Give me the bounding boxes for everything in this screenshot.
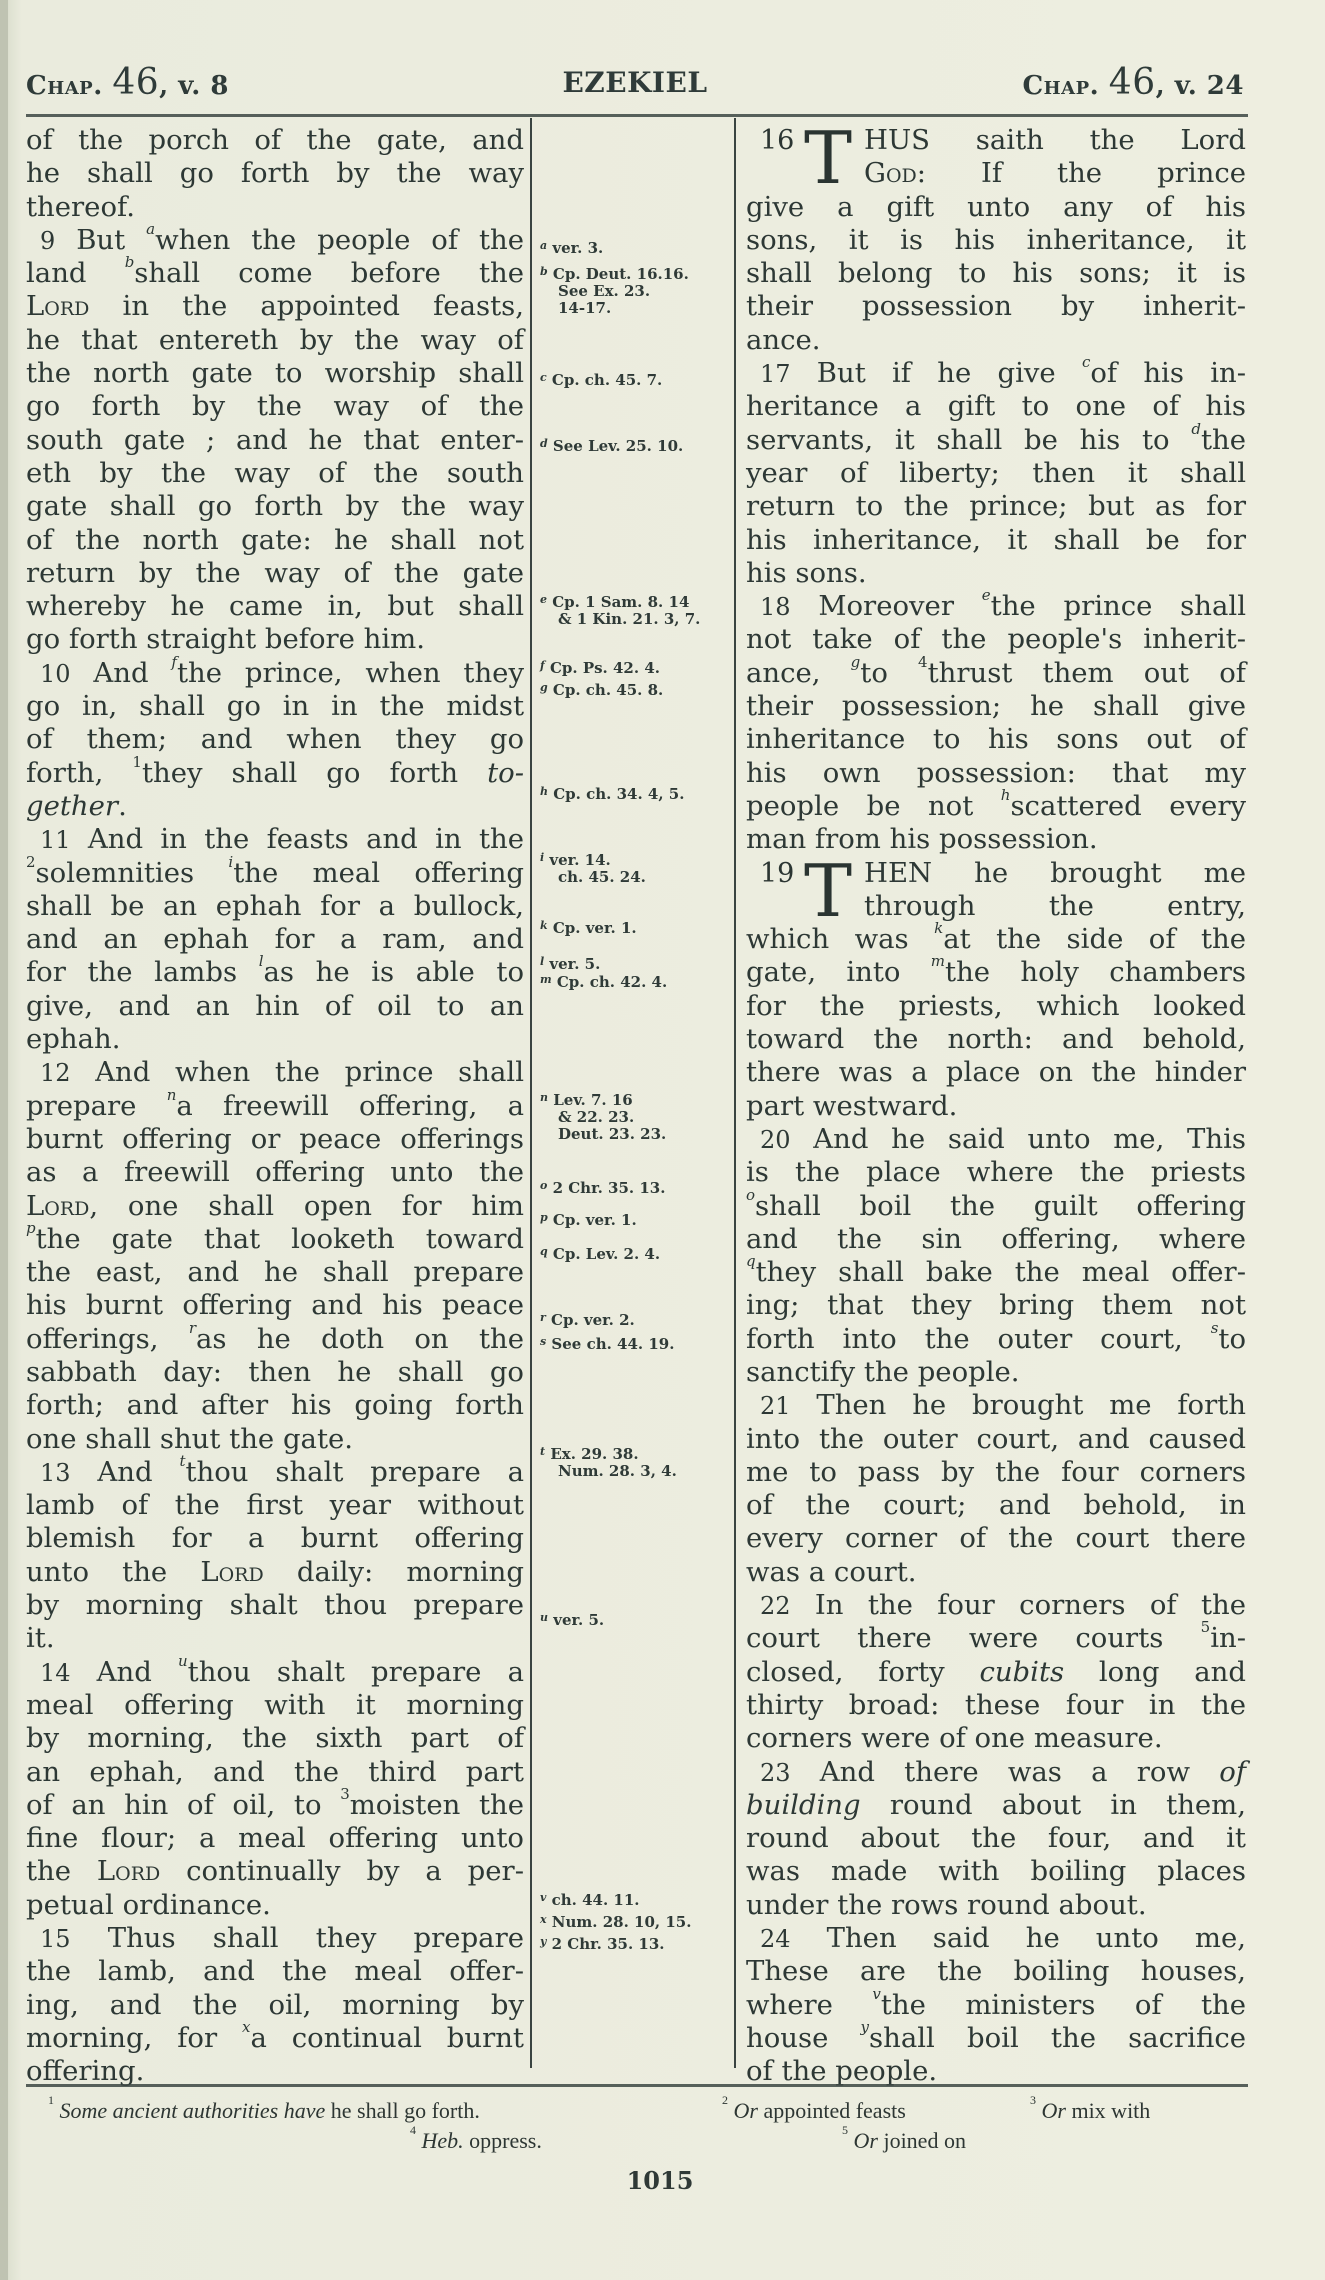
text-line: part westward.	[746, 1090, 1246, 1123]
cross-ref-letter: b	[540, 265, 548, 278]
cross-reference: q Cp. Lev. 2. 4.	[540, 1246, 660, 1263]
cross-reference: d See Lev. 25. 10.	[540, 438, 683, 455]
footnote-marker: 5	[1201, 1618, 1211, 1636]
text-line: 2solemnities ithe meal offering	[26, 857, 524, 890]
cross-reference: r Cp. ver. 2.	[540, 1312, 635, 1329]
footnote-number: 5	[842, 2123, 848, 2137]
text-line: go in, shall go in in the midst	[26, 690, 524, 723]
text-line: servants, it shall be his to dthe	[746, 424, 1246, 457]
cross-ref-letter: q	[540, 1245, 548, 1258]
verse-number: 20	[760, 1126, 791, 1154]
text-line: his own possession: that my	[746, 757, 1246, 790]
text-line: court there were courts 5in-	[746, 1622, 1246, 1655]
chapter-number: 46	[112, 62, 159, 103]
cross-ref-letter: x	[540, 1913, 547, 1926]
binding-edge	[0, 0, 8, 2280]
text-line: building round about in them,	[746, 1789, 1246, 1822]
text-line: his sons.	[746, 557, 1246, 590]
cross-ref-letter: c	[540, 371, 547, 384]
cross-ref-letter: a	[540, 239, 547, 252]
text-line: he that entereth by the way of	[26, 324, 524, 357]
footnote-number: 4	[410, 2123, 416, 2137]
verse-label: , v. 8	[159, 71, 229, 101]
verse-number: 10	[40, 660, 71, 688]
text-line: his burnt offering and his peace	[26, 1289, 524, 1322]
cross-ref-letter: i	[540, 851, 544, 864]
text-line: shall be an ephah for a bullock,	[26, 890, 524, 923]
cross-ref-letter: v	[540, 1891, 546, 1904]
footnote-rule	[26, 2084, 1248, 2087]
text-line: the north gate to worship shall	[26, 357, 524, 390]
drop-cap-letter: T	[804, 859, 852, 923]
cross-ref-marker: a	[146, 220, 155, 238]
text-line: south gate ; and he that enter-	[26, 424, 524, 457]
cross-reference: v ch. 44. 11.	[540, 1892, 640, 1909]
text-line: whereby he came in, but shall	[26, 590, 524, 623]
text-column-right: 16THUS saith the LordGod: If the princeg…	[746, 124, 1246, 2089]
text-line: go forth by the way of the	[26, 390, 524, 423]
footnote: 4 Heb. oppress.	[410, 2128, 542, 2154]
footnote: 2 Or appointed feasts	[722, 2098, 906, 2124]
cross-reference: f Cp. Ps. 42. 4.	[540, 660, 660, 677]
cross-ref-marker: y	[861, 2018, 869, 2036]
text-line: round about the four, and it	[746, 1822, 1246, 1855]
text-line: 9 But awhen the people of the	[26, 224, 524, 257]
text-line: the lamb, and the meal offer-	[26, 1955, 524, 1988]
text-line: unto the Lord daily: morning	[26, 1556, 524, 1589]
text-line: ephah.	[26, 1023, 524, 1056]
text-line: heritance a gift to one of his	[746, 390, 1246, 423]
text-line: return to the prince; but as for	[746, 490, 1246, 523]
text-line: the Lord continually by a per-	[26, 1855, 524, 1888]
drop-cap-letter: T	[804, 126, 852, 190]
text-line: land bshall come before the	[26, 257, 524, 290]
footnote-marker: 3	[340, 1785, 350, 1803]
cross-ref-marker: f	[171, 653, 177, 671]
cross-reference: k Cp. ver. 1.	[540, 920, 637, 937]
text-line: Lord in the appointed feasts,	[26, 290, 524, 323]
text-line: for the lambs las he is able to	[26, 956, 524, 989]
verse-number: 18	[760, 593, 791, 621]
text-line: where vthe ministers of the	[746, 1989, 1246, 2022]
text-line: me to pass by the four corners	[746, 1456, 1246, 1489]
cross-ref-letter: l	[540, 955, 544, 968]
text-line: gate, into mthe holy chambers	[746, 956, 1246, 989]
text-line: qthey shall bake the meal offer-	[746, 1256, 1246, 1289]
verse-number: 11	[40, 826, 71, 854]
text-line: he shall go forth by the way	[26, 157, 524, 190]
cross-ref-letter: y	[540, 1935, 546, 1948]
cross-ref-letter: f	[540, 659, 545, 672]
cross-ref-marker: x	[242, 2018, 250, 2036]
cross-reference: p Cp. ver. 1.	[540, 1212, 637, 1229]
text-line: not take of the people's inherit-	[746, 623, 1246, 656]
verse-number: 23	[760, 1759, 791, 1787]
cross-reference: x Num. 28. 10, 15.	[540, 1914, 691, 1931]
text-line: pthe gate that looketh toward	[26, 1223, 524, 1256]
text-line: and an ephah for a ram, and	[26, 923, 524, 956]
cross-ref-marker: o	[746, 1186, 755, 1204]
book-title: EZEKIEL	[562, 58, 707, 108]
text-line: burnt offering or peace offerings	[26, 1123, 524, 1156]
cross-ref-letter: s	[540, 1335, 546, 1348]
cross-reference: g Cp. ch. 45. 8.	[540, 682, 663, 699]
divine-name: Lord	[200, 1556, 263, 1588]
text-line: 14 And uthou shalt prepare a	[26, 1656, 524, 1689]
cross-ref-marker: t	[179, 1452, 185, 1470]
text-line: people be not hscattered every	[746, 790, 1246, 823]
divine-name: Lord	[26, 290, 89, 322]
text-line: their possession by inherit-	[746, 290, 1246, 323]
text-line: ing, and the oil, morning by	[26, 1989, 524, 2022]
verse-number: 22	[760, 1592, 791, 1620]
text-line: closed, forty cubits long and	[746, 1656, 1246, 1689]
cross-ref-letter: h	[540, 785, 548, 798]
cross-ref-marker: e	[982, 586, 991, 604]
cross-ref-marker: l	[259, 952, 264, 970]
text-line: gate shall go forth by the way	[26, 490, 524, 523]
verse-number: 17	[760, 360, 791, 388]
text-line: forth, 1they shall go forth to-	[26, 757, 524, 790]
cross-ref-letter: g	[540, 681, 548, 694]
text-line: prepare na freewill offering, a	[26, 1090, 524, 1123]
cross-ref-letter: r	[540, 1311, 546, 1324]
text-line: go forth straight before him.	[26, 623, 524, 656]
text-line: inheritance to his sons out of	[746, 723, 1246, 756]
verse-number: 13	[40, 1459, 71, 1487]
footnote-marker: 1	[132, 753, 142, 771]
cross-reference: c Cp. ch. 45. 7.	[540, 372, 662, 389]
cross-ref-marker: v	[872, 1985, 880, 2003]
cross-reference: t Ex. 29. 38.Num. 28. 3, 4.	[540, 1446, 677, 1480]
text-line: sabbath day: then he shall go	[26, 1356, 524, 1389]
text-line: 24 Then said he unto me,	[746, 1922, 1246, 1955]
text-line: every corner of the court there	[746, 1522, 1246, 1555]
drop-cap-paragraph-start: 16THUS saith the LordGod: If the prince	[746, 124, 1246, 191]
footnote-number: 3	[1030, 2093, 1036, 2107]
text-line: forth into the outer court, sto	[746, 1323, 1246, 1356]
text-line: house yshall boil the sacrifice	[746, 2022, 1246, 2055]
text-line: 21 Then he brought me forth	[746, 1389, 1246, 1422]
text-line: sons, it is his inheritance, it	[746, 224, 1246, 257]
cross-reference: l ver. 5.	[540, 956, 600, 973]
text-line: as a freewill offering unto the	[26, 1156, 524, 1189]
verse-number: 21	[760, 1392, 791, 1420]
text-line: oshall boil the guilt offering	[746, 1190, 1246, 1223]
cross-reference: a ver. 3.	[540, 240, 603, 257]
text-line: thirty broad: these four in the	[746, 1689, 1246, 1722]
text-line: his inheritance, it shall be for	[746, 524, 1246, 557]
verse-number: 15	[40, 1925, 71, 1953]
text-line: meal offering with it morning	[26, 1689, 524, 1722]
text-line: return by the way of the gate	[26, 557, 524, 590]
text-line: of them; and when they go	[26, 723, 524, 756]
text-line: for the priests, which looked	[746, 990, 1246, 1023]
verse-number: 9	[40, 227, 55, 255]
text-line: 17 But if he give cof his in-	[746, 357, 1246, 390]
text-line: 18 Moreover ethe prince shall	[746, 590, 1246, 623]
text-line: of an hin of oil, to 3moisten the	[26, 1789, 524, 1822]
divine-name: Lord	[97, 1855, 160, 1887]
cross-ref-letter: k	[540, 919, 548, 932]
text-line: of the court; and behold, in	[746, 1489, 1246, 1522]
cross-ref-letter: n	[540, 1091, 548, 1104]
cross-ref-marker: p	[26, 1219, 36, 1237]
text-line: morning, for xa continual burnt	[26, 2022, 524, 2055]
running-head-right: Chap. 46, v. 24	[1022, 58, 1244, 111]
cross-reference: s See ch. 44. 19.	[540, 1336, 674, 1353]
text-line: was made with boiling places	[746, 1855, 1246, 1888]
cross-ref-letter: d	[540, 437, 548, 450]
drop-cap-paragraph-start: 19THEN he brought methrough the entry,	[746, 857, 1246, 924]
text-line: eth by the way of the south	[26, 457, 524, 490]
text-line: year of liberty; then it shall	[746, 457, 1246, 490]
cross-ref-letter: e	[540, 593, 547, 606]
text-line: of the north gate: he shall not	[26, 524, 524, 557]
text-line: lamb of the first year without	[26, 1489, 524, 1522]
verse-number: 19	[760, 857, 794, 890]
text-line: there was a place on the hinder	[746, 1056, 1246, 1089]
verse-number: 14	[40, 1659, 71, 1687]
bible-page: Chap. 46, v. 8 EZEKIEL Chap. 46, v. 24 o…	[0, 0, 1325, 2280]
column-divider-left	[530, 118, 532, 2068]
text-line: by morning shalt thou prepare	[26, 1589, 524, 1622]
cross-ref-marker: h	[1001, 786, 1011, 804]
text-line: is the place where the priests	[746, 1156, 1246, 1189]
cross-reference: h Cp. ch. 34. 4, 5.	[540, 786, 684, 803]
text-line: under the rows round about.	[746, 1889, 1246, 1922]
footnote: 1 Some ancient authorities have he shall…	[48, 2098, 480, 2124]
running-head-left: Chap. 46, v. 8	[26, 58, 229, 111]
cross-ref-marker: s	[1211, 1319, 1219, 1337]
text-line: fine flour; a meal offering unto	[26, 1822, 524, 1855]
cross-ref-letter: t	[540, 1445, 545, 1458]
text-line: forth; and after his going forth	[26, 1389, 524, 1422]
text-line: was a court.	[746, 1556, 1246, 1589]
footnote: 3 Or mix with	[1030, 2098, 1150, 2124]
text-line: offerings, ras he doth on the	[26, 1323, 524, 1356]
text-line: give, and an hin of oil to an	[26, 990, 524, 1023]
text-line: shall belong to his sons; it is	[746, 257, 1246, 290]
cross-ref-marker: q	[746, 1252, 756, 1270]
text-line: 15 Thus shall they prepare	[26, 1922, 524, 1955]
cross-ref-letter: p	[540, 1211, 548, 1224]
cross-ref-marker: c	[1082, 353, 1090, 371]
cross-ref-marker: n	[167, 1086, 177, 1104]
text-line: 20 And he said unto me, This	[746, 1123, 1246, 1156]
text-line: ance.	[746, 324, 1246, 357]
cross-ref-marker: d	[1191, 420, 1201, 438]
verse-number: 24	[760, 1925, 791, 1953]
text-line: into the outer court, and caused	[746, 1423, 1246, 1456]
cross-ref-marker: r	[189, 1319, 196, 1337]
text-line: 12 And when the prince shall	[26, 1056, 524, 1089]
text-line: 22 In the four corners of the	[746, 1589, 1246, 1622]
cross-ref-letter: m	[540, 973, 552, 986]
page-number: 1015	[600, 2166, 720, 2195]
text-line: and the sin offering, where	[746, 1223, 1246, 1256]
text-line: of the porch of the gate, and	[26, 124, 524, 157]
cross-reference: e Cp. 1 Sam. 8. 14& 1 Kin. 21. 3, 7.	[540, 594, 700, 628]
chap-label: Chap.	[26, 71, 103, 101]
text-line: corners were of one measure.	[746, 1722, 1246, 1755]
footnote-marker: 2	[26, 853, 36, 871]
cross-reference: m Cp. ch. 42. 4.	[540, 974, 667, 991]
cross-ref-marker: m	[931, 952, 945, 970]
column-divider-right	[734, 118, 736, 2068]
cross-reference: b Cp. Deut. 16.16.See Ex. 23.14-17.	[540, 266, 689, 317]
text-line: 13 And tthou shalt prepare a	[26, 1456, 524, 1489]
footnote-number: 2	[722, 2093, 728, 2107]
verse-label: , v. 24	[1156, 71, 1244, 101]
text-line: 10 And fthe prince, when they	[26, 657, 524, 690]
cross-reference: y 2 Chr. 35. 13.	[540, 1936, 665, 1953]
text-line: blemish for a burnt offering	[26, 1522, 524, 1555]
cross-ref-marker: i	[228, 853, 233, 871]
cross-reference: o 2 Chr. 35. 13.	[540, 1180, 665, 1197]
cross-ref-marker: u	[178, 1652, 188, 1670]
text-line: These are the boiling houses,	[746, 1955, 1246, 1988]
cross-reference: n Lev. 7. 16& 22. 23.Deut. 23. 23.	[540, 1092, 666, 1143]
text-line: gether.	[26, 790, 524, 823]
cross-ref-marker: b	[125, 253, 135, 271]
footnote-number: 1	[48, 2093, 54, 2107]
cross-ref-marker: k	[934, 919, 943, 937]
text-line: sanctify the people.	[746, 1356, 1246, 1389]
cross-reference: u ver. 5.	[540, 1612, 604, 1629]
cross-ref-letter: o	[540, 1179, 547, 1192]
text-line: toward the north: and behold,	[746, 1023, 1246, 1056]
text-line: 11 And in the feasts and in the	[26, 823, 524, 856]
cross-ref-letter: u	[540, 1611, 548, 1624]
text-line: their possession; he shall give	[746, 690, 1246, 723]
verse-number: 12	[40, 1059, 71, 1087]
divine-name: Lord	[26, 1190, 89, 1222]
verse-number: 16	[760, 124, 794, 157]
text-line: 23 And there was a row of	[746, 1756, 1246, 1789]
text-line: it.	[26, 1622, 524, 1655]
text-line: Lord, one shall open for him	[26, 1190, 524, 1223]
text-line: by morning, the sixth part of	[26, 1722, 524, 1755]
text-line: one shall shut the gate.	[26, 1423, 524, 1456]
text-line: ance, gto 4thrust them out of	[746, 657, 1246, 690]
text-line: an ephah, and the third part	[26, 1756, 524, 1789]
text-line: the east, and he shall prepare	[26, 1256, 524, 1289]
footnote: 5 Or joined on	[842, 2128, 966, 2154]
text-line: ing; that they bring them not	[746, 1289, 1246, 1322]
chap-label: Chap.	[1022, 71, 1099, 101]
footnote-marker: 4	[918, 653, 928, 671]
text-line: petual ordinance.	[26, 1889, 524, 1922]
text-column-left: of the porch of the gate, andhe shall go…	[26, 124, 524, 2089]
cross-reference: i ver. 14.ch. 45. 24.	[540, 852, 646, 886]
running-header: Chap. 46, v. 8 EZEKIEL Chap. 46, v. 24	[26, 58, 1244, 108]
header-rule	[26, 114, 1248, 117]
chapter-number: 46	[1109, 62, 1156, 103]
cross-ref-marker: g	[851, 653, 861, 671]
divine-name: God	[864, 157, 917, 189]
text-line: thereof.	[26, 191, 524, 224]
